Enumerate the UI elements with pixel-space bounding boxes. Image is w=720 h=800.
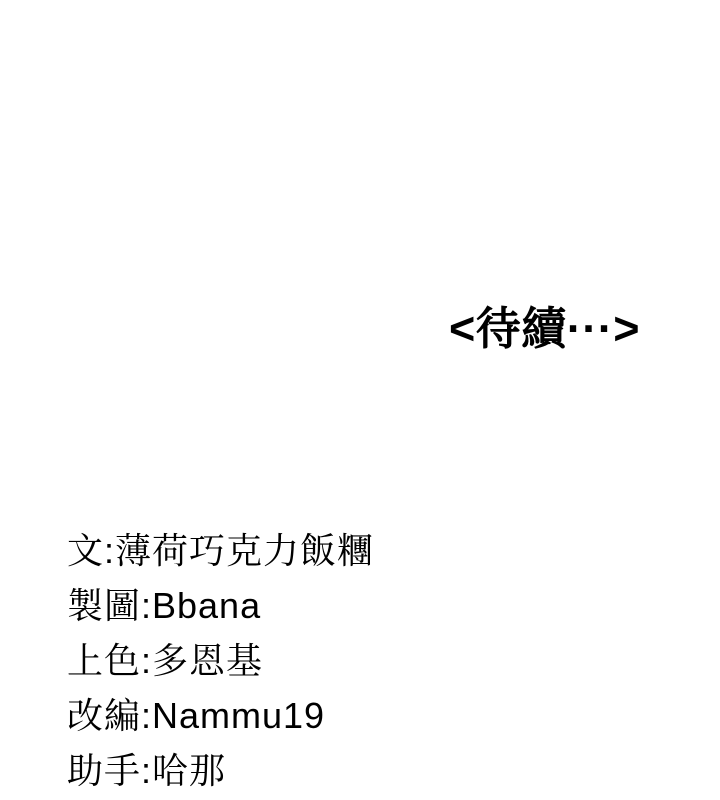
credit-line-colorist: 上色:多恩基	[67, 633, 374, 688]
credit-line-illustrator: 製圖:Bbana	[67, 578, 374, 633]
comic-end-page: <待續···> 文:薄荷巧克力飯糰 製圖:Bbana 上色:多恩基 改編:Nam…	[0, 0, 720, 800]
to-be-continued-text: <待續···>	[449, 292, 640, 357]
credit-line-writer: 文:薄荷巧克力飯糰	[67, 523, 374, 578]
credits-block: 文:薄荷巧克力飯糰 製圖:Bbana 上色:多恩基 改編:Nammu19 助手:…	[67, 523, 374, 798]
credit-line-adaptation: 改編:Nammu19	[67, 688, 374, 743]
credit-line-assistant: 助手:哈那	[67, 743, 374, 798]
